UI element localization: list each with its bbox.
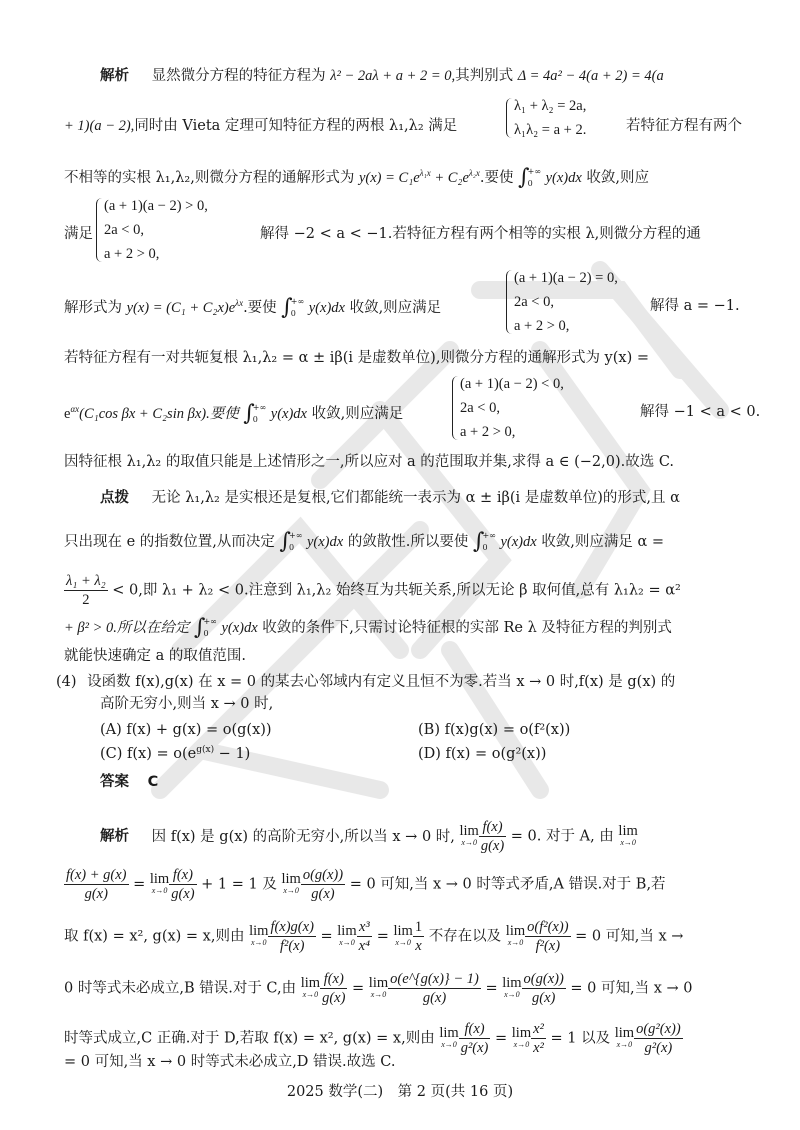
analysis2-line-3: 取 f(x) = x², g(x) = x,则由 limx→0f(x)g(x)f… bbox=[64, 918, 683, 955]
page-footer: 2025 数学(二) 第 2 页(共 16 页) bbox=[0, 1080, 800, 1101]
option-b: (B) f(x)g(x) = o(f²(x)) bbox=[418, 722, 570, 738]
conclusion: 因特征根 λ₁,λ₂ 的取值只能是上述情形之一,所以应对 a 的范围取并集,求得… bbox=[64, 452, 674, 472]
case1-system: (a + 1)(a − 2) > 0, 2a < 0, a + 2 > 0, bbox=[104, 194, 208, 266]
case1-post: 解得 −2 < a < −1.若特征方程有两个相等的实根 λ,则微分方程的通 bbox=[260, 224, 701, 244]
tip-line-5: 就能快速确定 a 的取值范围. bbox=[64, 646, 246, 666]
tip-line-3: λ₁ + λ₂2 < 0,即 λ₁ + λ₂ < 0.注意到 λ₁,λ₂ 始终互… bbox=[64, 572, 681, 609]
option-d: (D) f(x) = o(g²(x)) bbox=[418, 746, 546, 762]
tip-line-1: 点拨 无论 λ₁,λ₂ 是实根还是复根,它们都能统一表示为 α ± iβ(i 是… bbox=[100, 488, 680, 508]
option-c: (C) f(x) = o(eg(x) − 1) bbox=[100, 746, 250, 762]
option-a: (A) f(x) + g(x) = o(g(x)) bbox=[100, 722, 272, 738]
analysis-line-2: + 1)(a − 2),同时由 Vieta 定理可知特征方程的两根 λ₁,λ₂ … bbox=[64, 116, 457, 136]
case1-pre: 满足 bbox=[64, 224, 93, 244]
vieta-system: λ₁ + λ₂ = 2a, λ₁λ₂ = a + 2. bbox=[514, 94, 586, 142]
case2-system: (a + 1)(a − 2) = 0, 2a < 0, a + 2 > 0, bbox=[514, 266, 618, 338]
analysis2-line-1: 解析 因 f(x) 是 g(x) 的高阶无穷小,所以当 x → 0 时, lim… bbox=[100, 818, 638, 855]
analysis2-line-2: f(x) + g(x)g(x) = limx→0f(x)g(x) + 1 = 1… bbox=[64, 866, 666, 903]
tip-label: 点拨 bbox=[100, 490, 129, 506]
question-4-stem: (4) 设函数 f(x),g(x) 在 x = 0 的某去心邻域内有定义且恒不为… bbox=[56, 672, 675, 692]
case3-line-2: eαx(C₁cos βx + C₂sin βx).要使 ∫+∞0 y(x)dx … bbox=[64, 402, 403, 426]
analysis2-line-6: = 0 可知,当 x → 0 时等式未必成立,D 错误.故选 C. bbox=[64, 1052, 395, 1072]
tip-line-4: + β² > 0.所以在给定 ∫+∞0 y(x)dx 收敛的条件下,只需讨论特征… bbox=[64, 616, 672, 640]
tip-line-2: 只出现在 e 的指数位置,从而决定 ∫+∞0 y(x)dx 的敛散性.所以要使 … bbox=[64, 530, 664, 554]
case3-line-1: 若特征方程有一对共轭复根 λ₁,λ₂ = α ± iβ(i 是虚数单位),则微分… bbox=[64, 348, 649, 368]
answer-value: C bbox=[148, 774, 159, 790]
analysis2-line-4: 0 时等式未必成立,B 错误.对于 C,由 limx→0f(x)g(x) = l… bbox=[64, 970, 693, 1007]
analysis-line-1: 解析 显然微分方程的特征方程为 λ² − 2aλ + a + 2 = 0,其判别… bbox=[100, 66, 664, 86]
analysis-label: 解析 bbox=[100, 68, 129, 84]
case3-system: (a + 1)(a − 2) < 0, 2a < 0, a + 2 > 0, bbox=[460, 372, 564, 444]
case2-line: 解形式为 y(x) = (C₁ + C₂x)eλx.要使 ∫+∞0 y(x)dx… bbox=[64, 296, 441, 320]
analysis-line-3: 不相等的实根 λ₁,λ₂,则微分方程的通解形式为 y(x) = C₁eλ₁x +… bbox=[64, 166, 649, 190]
answer: 答案 C bbox=[100, 772, 158, 792]
